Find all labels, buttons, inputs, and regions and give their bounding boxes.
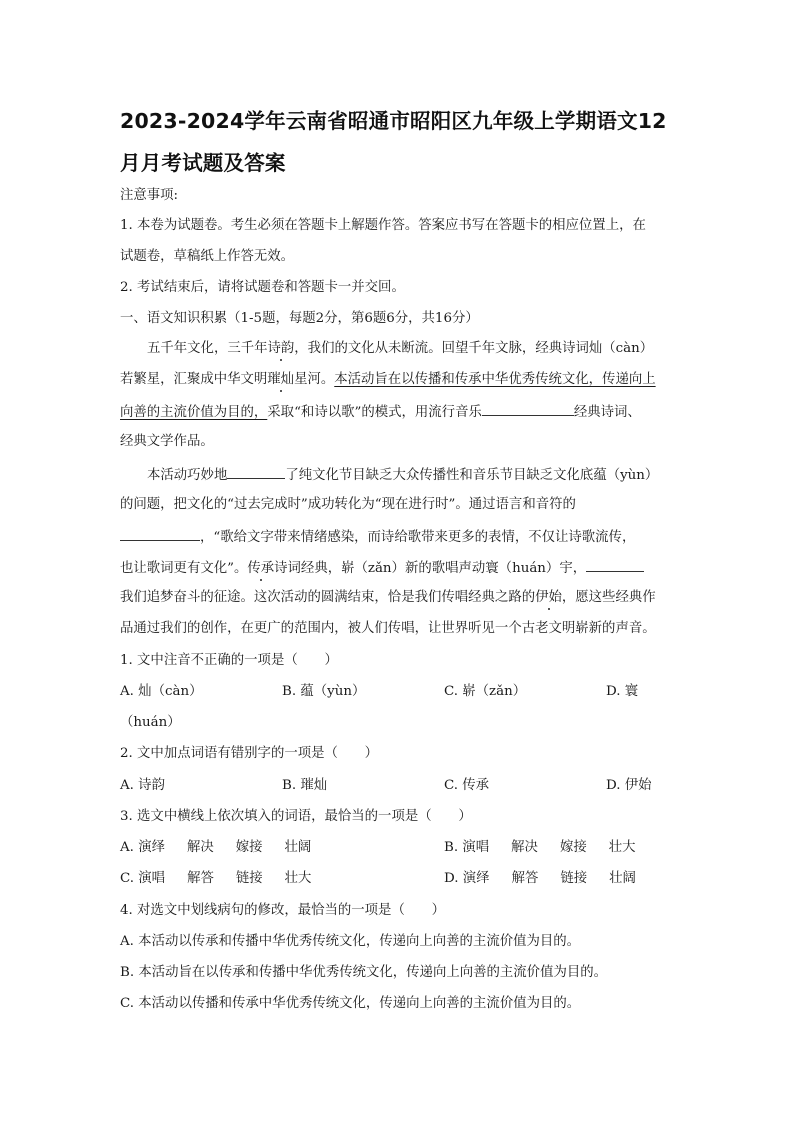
word: 解决 <box>187 840 214 855</box>
document-title-line1: 2023-2024学年云南省昭通市昭阳区九年级上学期语文12 <box>120 104 667 134</box>
option-label: C. <box>120 871 134 886</box>
fill-blank <box>482 402 574 416</box>
question-2-option-a: A. 诗韵 <box>120 777 165 795</box>
question-3-option-a: A. 演绎解决嫁接壮阔 <box>120 839 311 857</box>
dotted-word: 诗韵 <box>268 341 295 356</box>
question-1-stem: 1. 文中注音不正确的一项是（ ） <box>120 652 338 670</box>
question-4-option-b: B. 本活动旨在以传承和传播中华优秀传统文化，传递向上向善的主流价值为目的。 <box>120 964 607 982</box>
question-3-option-d: D. 演绎解答链接壮阔 <box>444 870 636 888</box>
word: 嫁接 <box>236 840 263 855</box>
word: 演唱 <box>138 871 165 886</box>
passage-line: 我们追梦奋斗的征途。这次活动的圆满结束，恰是我们传唱经典之路的伊始，愿这些经典作 <box>120 589 656 607</box>
text: 若繁星，汇聚成中华文明 <box>120 372 267 387</box>
text: 了纯文化节目缺乏大众传播性和音乐节目缺乏文化底蕴（yùn） <box>285 468 658 483</box>
word: 壮阔 <box>609 871 636 886</box>
question-1-option-a: A. 灿（càn） <box>120 683 202 701</box>
text: 五千年文化，三千年 <box>147 341 268 356</box>
passage-line: 经典文学作品。 <box>120 433 214 451</box>
word: 演唱 <box>462 840 489 855</box>
notice-heading: 注意事项: <box>120 187 178 205</box>
question-1-option-d: D. 寰 <box>606 683 638 701</box>
underlined-sentence: 向善的主流价值为目的， <box>120 405 267 420</box>
dotted-word: 伊始 <box>535 590 562 605</box>
word: 演绎 <box>463 871 490 886</box>
text: 星河。 <box>294 372 334 387</box>
text: 我们追梦奋斗的征途。这次活动的圆满结束，恰是我们传唱经典之路的 <box>120 590 535 605</box>
text: ，“歌给文字带来情绪感染，而诗给歌带来更多的表情，不仅让诗歌流传， <box>200 530 635 545</box>
word: 壮大 <box>609 840 636 855</box>
word: 演绎 <box>138 840 165 855</box>
word: 壮大 <box>285 871 312 886</box>
passage-line: 五千年文化，三千年诗韵，我们的文化从未断流。回望千年文脉，经典诗词灿（càn） <box>147 340 653 358</box>
text: 诗词经典，崭（zǎn）新的歌唱声动寰（huán）宇， <box>274 561 586 576</box>
dotted-word: 传承 <box>247 561 274 576</box>
question-4-option-c: C. 本活动以传播和传承中华优秀传统文化，传递向上向善的主流价值为目的。 <box>120 995 580 1013</box>
question-3-option-b: B. 演唱解决嫁接壮大 <box>444 839 636 857</box>
option-label: D. <box>444 871 459 886</box>
word: 壮阔 <box>285 840 312 855</box>
passage-line: 的问题，把文化的“过去完成时”成功转化为“现在进行时”。通过语言和音符的 <box>120 496 576 514</box>
question-1-option-c: C. 崭（zǎn） <box>444 683 526 701</box>
word: 解答 <box>512 871 539 886</box>
text: 采取“和诗以歌”的模式，用流行音乐 <box>267 405 482 420</box>
passage-line: 向善的主流价值为目的，采取“和诗以歌”的模式，用流行音乐经典诗词、 <box>120 402 641 422</box>
notice-item-1-cont: 试题卷，草稿纸上作答无效。 <box>120 248 294 266</box>
option-label: A. <box>120 840 134 855</box>
text: 经典诗词、 <box>574 405 641 420</box>
underlined-sentence: 本活动旨在以传播和传承中华优秀传统文化，传递向上 <box>334 372 655 387</box>
notice-item-2: 2. 考试结束后，请将试题卷和答题卡一并交回。 <box>120 279 405 297</box>
text: 也让歌词更有文化”。 <box>120 561 247 576</box>
notice-item-1: 1. 本卷为试题卷。考生必须在答题卡上解题作答。答案应书写在答题卡的相应位置上，… <box>120 217 646 235</box>
word: 链接 <box>560 871 587 886</box>
question-4-stem: 4. 对选文中划线病句的修改，最恰当的一项是（ ） <box>120 902 445 920</box>
document-title-line2: 月月考试题及答案 <box>120 146 286 176</box>
question-3-option-c: C. 演唱解答链接壮大 <box>120 870 311 888</box>
question-2-stem: 2. 文中加点词语有错别字的一项是（ ） <box>120 745 378 763</box>
question-4-option-a: A. 本活动以传承和传播中华优秀传统文化，传递向上向善的主流价值为目的。 <box>120 933 580 951</box>
section-heading: 一、语文知识积累（1-5题，每题2分，第6题6分，共16分） <box>120 310 479 328</box>
word: 嫁接 <box>560 840 587 855</box>
text: ，愿这些经典作 <box>562 590 656 605</box>
word: 链接 <box>236 871 263 886</box>
question-1-option-d-pinyin: （huán） <box>120 714 181 732</box>
question-2-option-b: B. 璀灿 <box>282 777 327 795</box>
passage-line: ，“歌给文字带来情绪感染，而诗给歌带来更多的表情，不仅让诗歌流传， <box>120 527 635 547</box>
word: 解决 <box>511 840 538 855</box>
passage-line: 若繁星，汇聚成中华文明璀灿星河。本活动旨在以传播和传承中华优秀传统文化，传递向上 <box>120 371 656 389</box>
fill-blank <box>120 527 200 541</box>
fill-blank <box>586 558 644 572</box>
question-2-option-d: D. 伊始 <box>606 777 652 795</box>
word: 解答 <box>187 871 214 886</box>
question-1-option-b: B. 蕴（yùn） <box>282 683 365 701</box>
passage-line: 品通过我们的创作，在更广的范围内，被人们传唱，让世界听见一个古老文明崭新的声音。 <box>120 620 656 638</box>
passage-line: 本活动巧妙地了纯文化节目缺乏大众传播性和音乐节目缺乏文化底蕴（yùn） <box>147 465 658 485</box>
fill-blank <box>227 465 285 479</box>
question-3-stem: 3. 选文中横线上依次填入的词语，最恰当的一项是（ ） <box>120 808 472 826</box>
passage-line: 也让歌词更有文化”。传承诗词经典，崭（zǎn）新的歌唱声动寰（huán）宇， <box>120 558 644 578</box>
text: ，我们的文化从未断流。回望千年文脉，经典诗词灿（càn） <box>294 341 653 356</box>
text: 本活动巧妙地 <box>147 468 227 483</box>
option-label: B. <box>444 840 458 855</box>
dotted-word: 璀灿 <box>267 372 294 387</box>
question-2-option-c: C. 传承 <box>444 777 489 795</box>
